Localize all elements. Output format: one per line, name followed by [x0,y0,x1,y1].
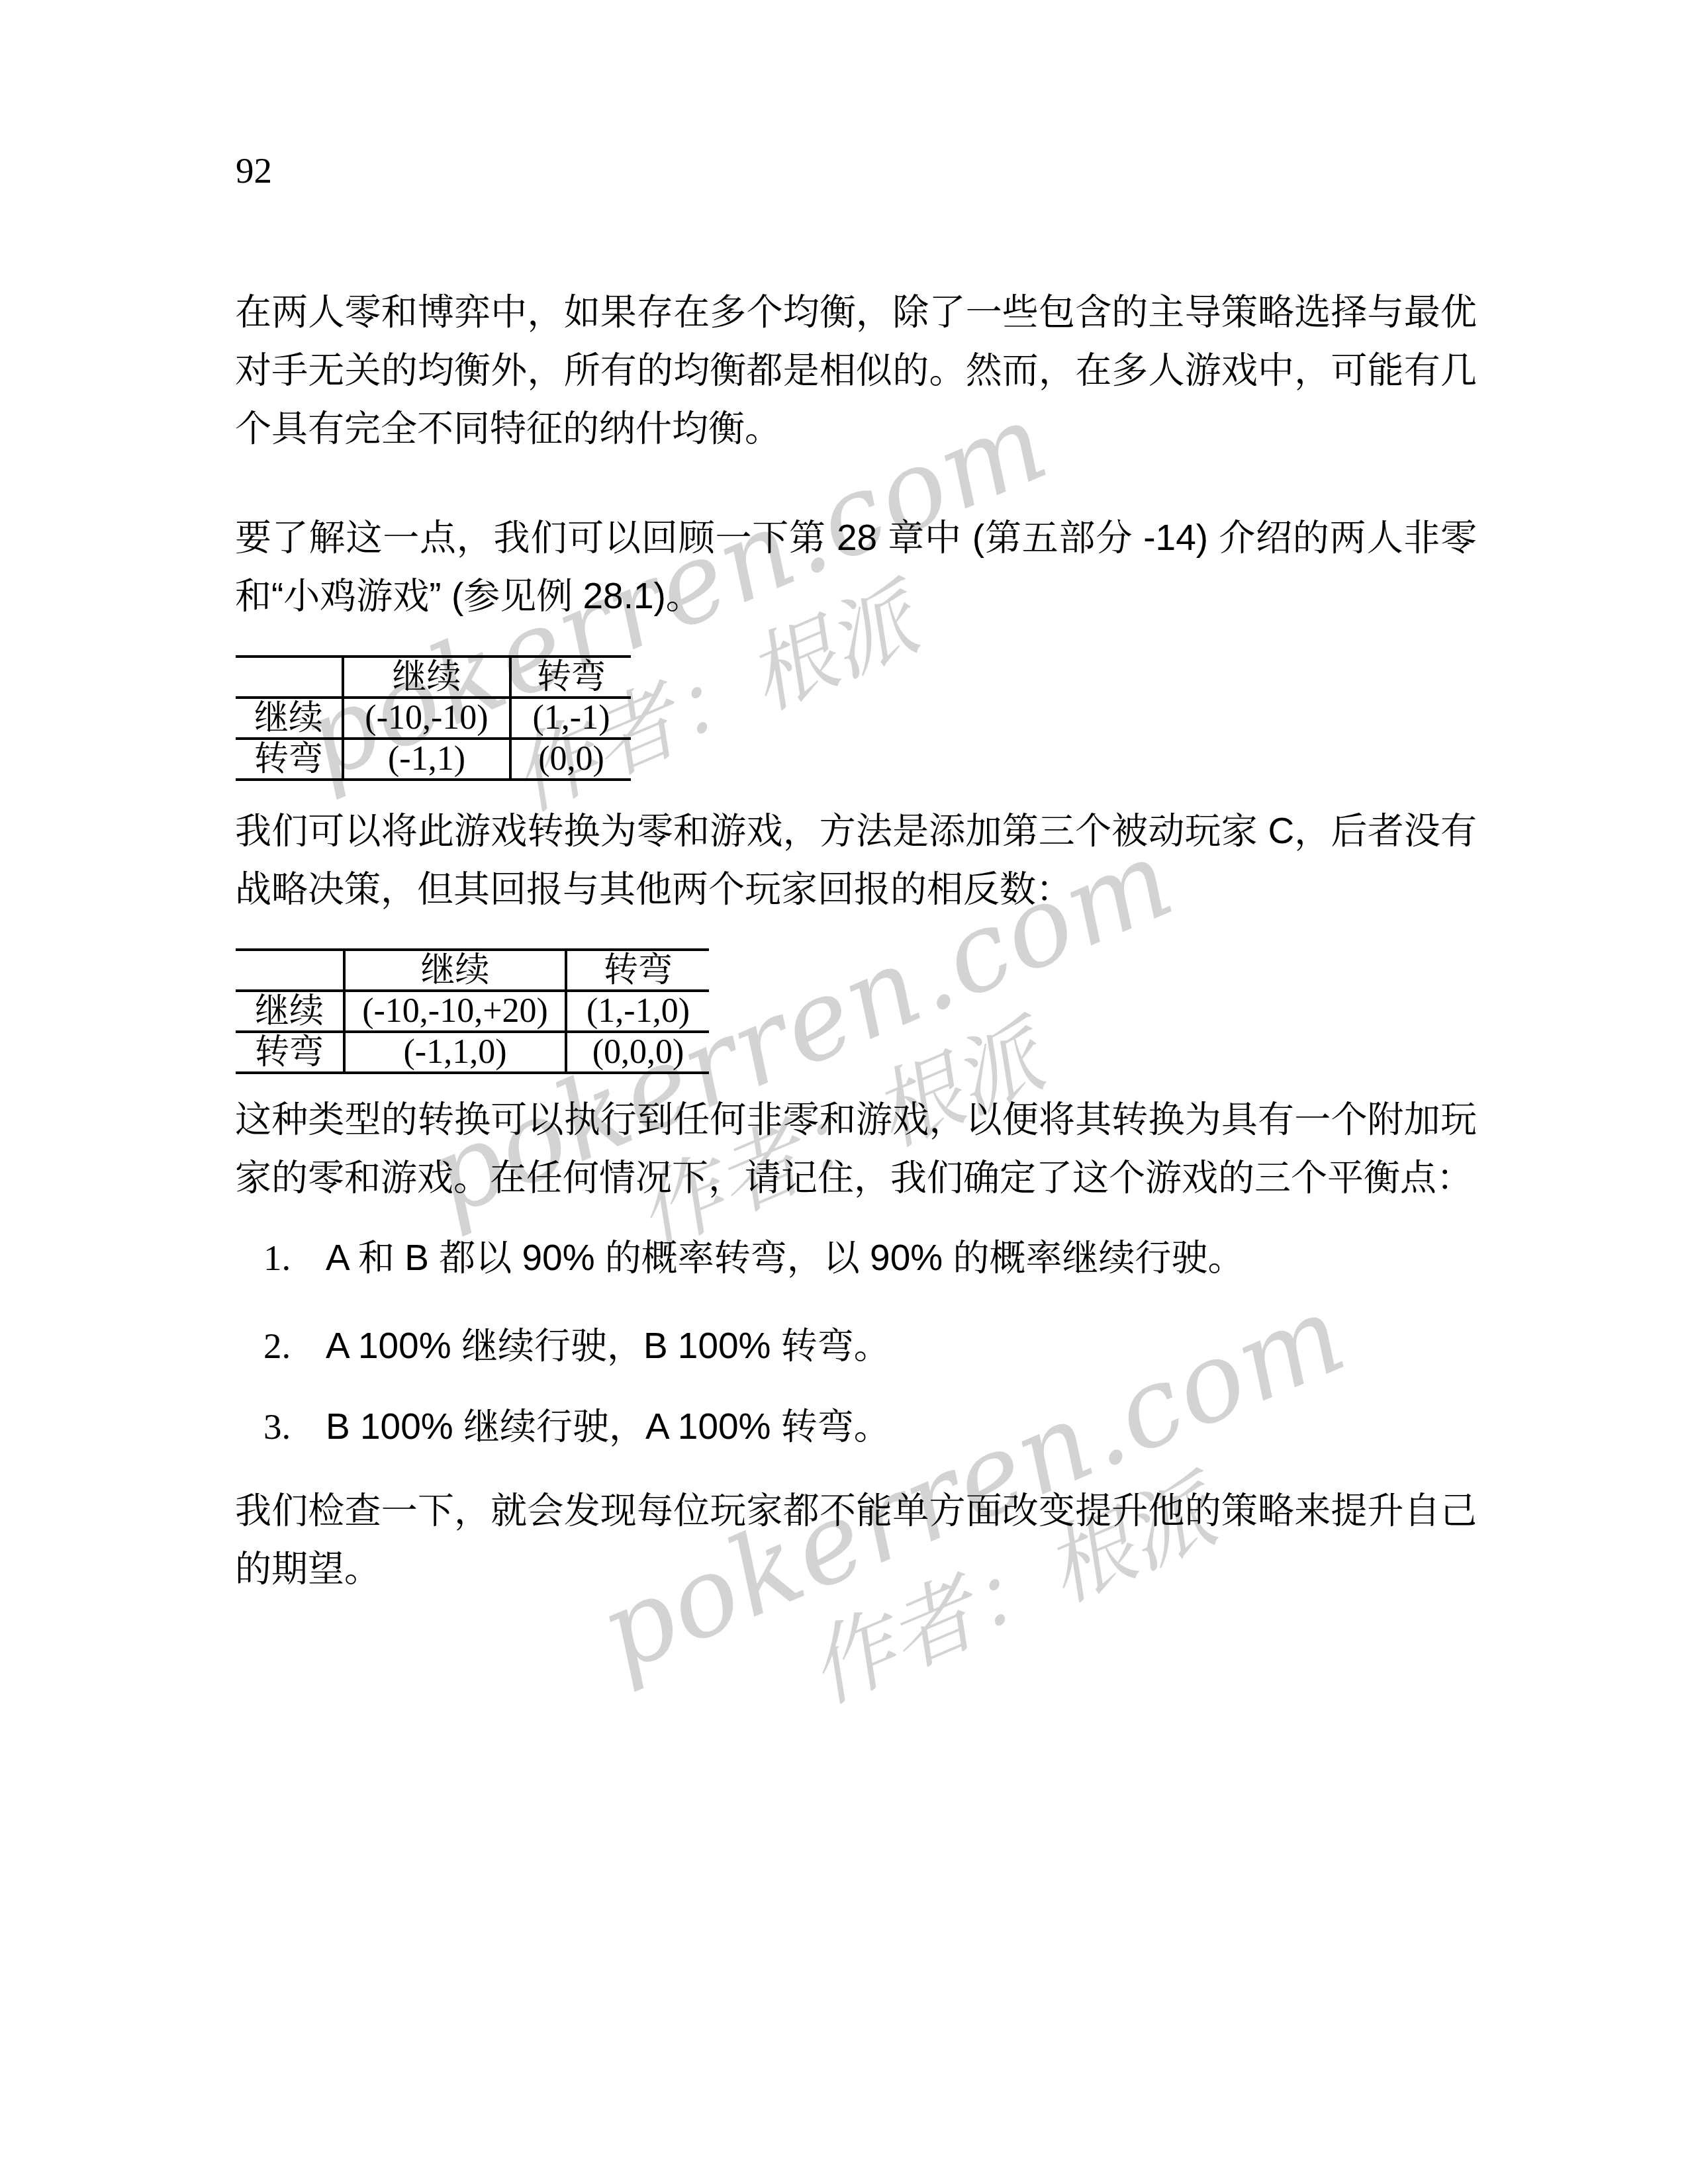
paragraph-intro-equilibria: 在两人零和博弈中，如果存在多个均衡，除了一些包含的主导策略选择与最优对手无关的均… [235,283,1477,457]
list-item-number: 1. [263,1229,326,1287]
table-cell: (-10,-10,+20) [344,991,566,1032]
document-page: pokerren.com 作者：根派 pokerren.com 作者：根派 po… [0,0,1688,2184]
table-cell: (-1,1) [343,739,510,780]
table-cell: 继续 [236,991,344,1032]
table-cell [236,657,343,698]
table-cell: (0,0) [510,739,631,780]
table-cell: (1,-1,0) [566,991,709,1032]
list-item-number: 3. [263,1398,326,1456]
table-cell: 转弯 [236,1032,344,1073]
table-cell: 继续 [344,950,566,991]
table-cell: 继续 [236,698,343,739]
paragraph-chicken-game-ref: 要了解这一点，我们可以回顾一下第 28 章中 (第五部分 -14) 介绍的两人非… [235,508,1477,625]
list-item-3: 3.B 100% 继续行驶，A 100% 转弯。 [263,1397,1475,1456]
table-row: 继续 (-10,-10) (1,-1) [236,698,631,739]
table-row: 转弯 (-1,1) (0,0) [236,739,631,780]
table-cell: 转弯 [236,739,343,780]
list-item-text: B 100% 继续行驶，A 100% 转弯。 [326,1406,890,1447]
table-header-row: 继续 转弯 [236,950,709,991]
payoff-table-three-player: 继续 转弯 继续 (-10,-10,+20) (1,-1,0) 转弯 (-1,1… [236,948,709,1074]
payoff-table-two-player: 继续 转弯 继续 (-10,-10) (1,-1) 转弯 (-1,1) (0,0… [236,655,631,781]
list-item-text: A 100% 继续行驶，B 100% 转弯。 [326,1325,890,1366]
table-cell: (-10,-10) [343,698,510,739]
table-cell [236,950,344,991]
list-item-text: A 和 B 都以 90% 的概率转弯，以 90% 的概率继续行驶。 [326,1237,1244,1278]
table-cell: (-1,1,0) [344,1032,566,1073]
table-cell: 转弯 [566,950,709,991]
paragraph-conclusion: 我们检查一下，就会发现每位玩家都不能单方面改变提升他的策略来提升自己的期望。 [235,1481,1477,1598]
table-cell: (0,0,0) [566,1032,709,1073]
table-row: 继续 (-10,-10,+20) (1,-1,0) [236,991,709,1032]
table-cell: 转弯 [510,657,631,698]
table-header-row: 继续 转弯 [236,657,631,698]
page-number: 92 [236,151,272,191]
list-item-2: 2.A 100% 继续行驶，B 100% 转弯。 [263,1316,1475,1375]
table-cell: 继续 [343,657,510,698]
table-row: 转弯 (-1,1,0) (0,0,0) [236,1032,709,1073]
paragraph-three-equilibria: 这种类型的转换可以执行到任何非零和游戏，以便将其转换为具有一个附加玩家的零和游戏… [235,1090,1477,1206]
paragraph-zero-sum-conversion: 我们可以将此游戏转换为零和游戏，方法是添加第三个被动玩家 C，后者没有战略决策，… [235,801,1477,918]
list-item-1: 1.A 和 B 都以 90% 的概率转弯，以 90% 的概率继续行驶。 [263,1228,1475,1287]
table-cell: (1,-1) [510,698,631,739]
list-item-number: 2. [263,1317,326,1375]
